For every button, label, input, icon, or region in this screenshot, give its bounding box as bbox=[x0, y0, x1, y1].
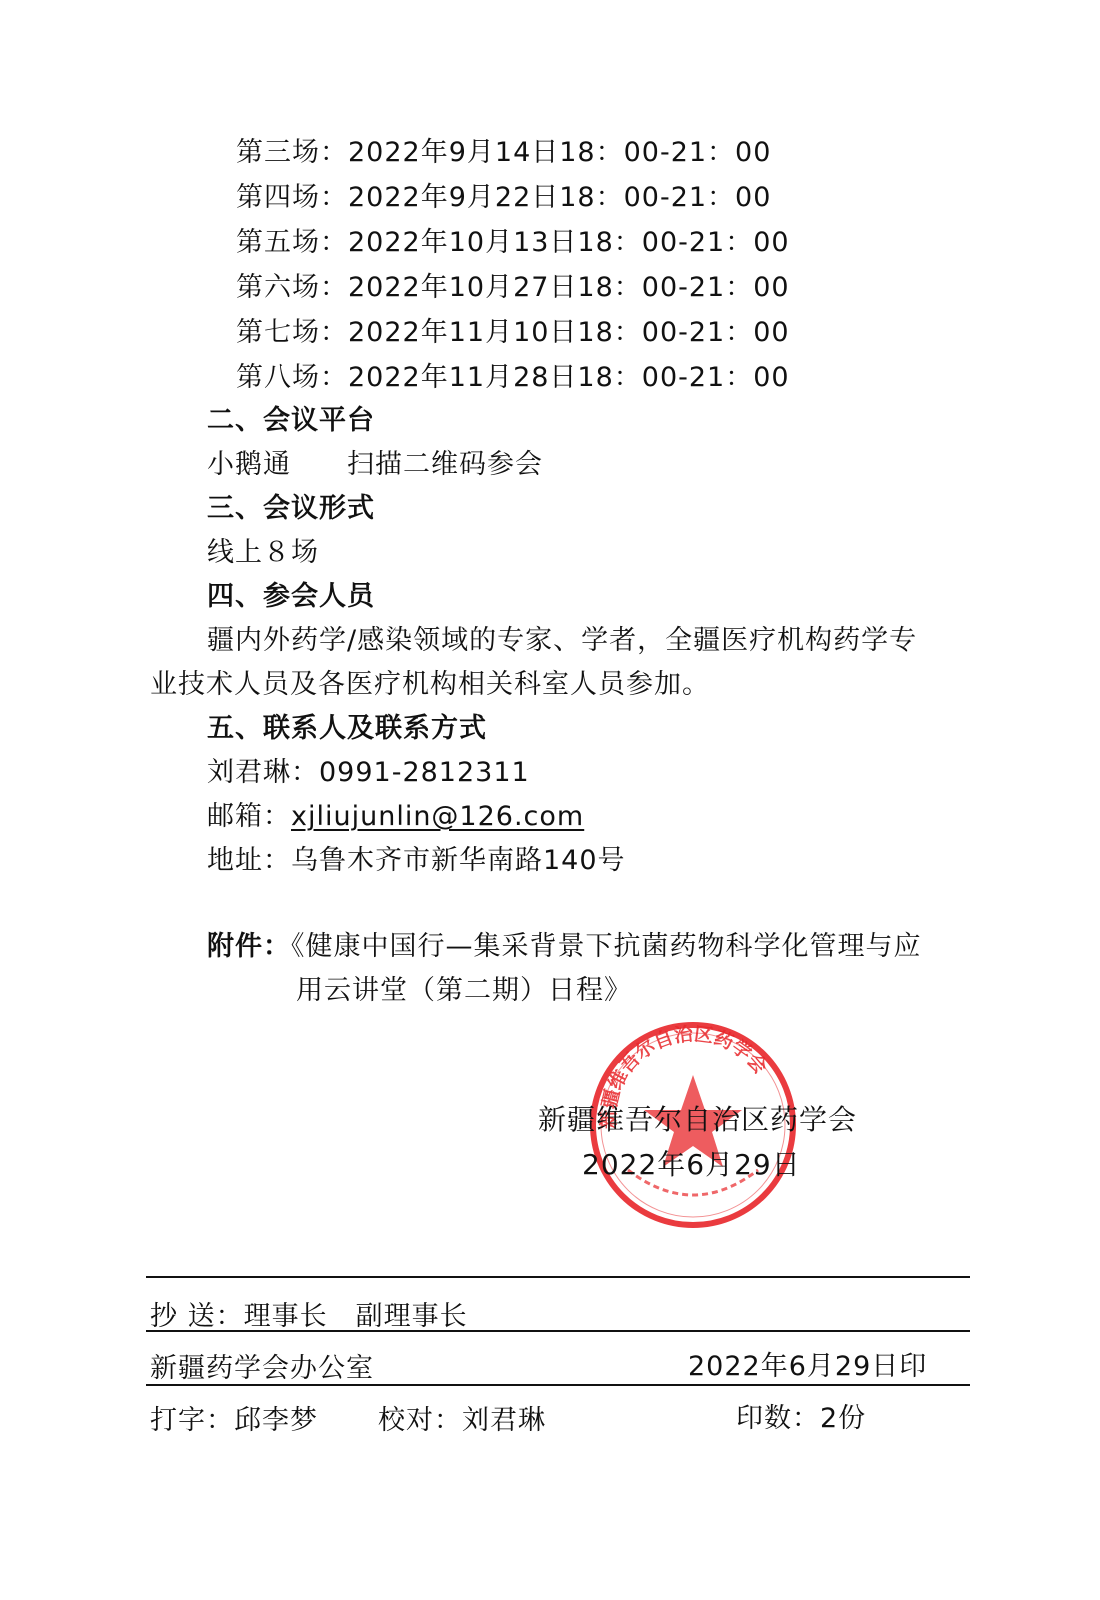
address-value: 乌鲁木齐市新华南路140号 bbox=[291, 845, 626, 876]
section-heading-attendees: 四、参会人员 bbox=[207, 580, 375, 614]
schedule-time: 2022年11月28日18：00-21：00 bbox=[348, 362, 790, 393]
signature-org: 新疆维吾尔自治区药学会 bbox=[538, 1103, 857, 1137]
schedule-time: 2022年10月13日18：00-21：00 bbox=[348, 227, 790, 258]
section-heading-contact: 五、联系人及联系方式 bbox=[207, 712, 487, 746]
footer-divider-2 bbox=[146, 1384, 970, 1386]
schedule-item: 第八场：2022年11月28日18：00-21：00 bbox=[236, 361, 790, 395]
schedule-label: 第八场： bbox=[236, 362, 348, 393]
footer-cc: 抄 送：理事长 副理事长 bbox=[150, 1300, 468, 1334]
section-heading-format: 三、会议形式 bbox=[207, 492, 375, 526]
contact-phone: 0991-2812311 bbox=[319, 757, 530, 788]
contact-email-row: 邮箱：xjliujunlin@126.com bbox=[207, 800, 584, 834]
address-label: 地址： bbox=[207, 845, 291, 876]
schedule-time: 2022年11月10日18：00-21：00 bbox=[348, 317, 790, 348]
schedule-item: 第六场：2022年10月27日18：00-21：00 bbox=[236, 271, 790, 305]
contact-address-row: 地址：乌鲁木齐市新华南路140号 bbox=[207, 844, 626, 878]
schedule-label: 第六场： bbox=[236, 272, 348, 303]
schedule-label: 第七场： bbox=[236, 317, 348, 348]
schedule-item: 第五场：2022年10月13日18：00-21：00 bbox=[236, 226, 790, 260]
attachment-line1: 附件：《健康中国行—集采背景下抗菌药物科学化管理与应 bbox=[207, 930, 922, 964]
schedule-time: 2022年9月14日18：00-21：00 bbox=[348, 137, 771, 168]
schedule-label: 第四场： bbox=[236, 182, 348, 213]
attachment-label: 附件： bbox=[207, 931, 291, 962]
schedule-time: 2022年10月27日18：00-21：00 bbox=[348, 272, 790, 303]
attendees-text-line1: 疆内外药学/感染领域的专家、学者，全疆医疗机构药学专 bbox=[207, 624, 917, 658]
schedule-label: 第三场： bbox=[236, 137, 348, 168]
footer-copies: 印数：2份 bbox=[736, 1402, 866, 1436]
section-heading-platform: 二、会议平台 bbox=[207, 404, 375, 438]
footer-proofreader: 校对：刘君琳 bbox=[378, 1404, 546, 1438]
signature-date: 2022年6月29日 bbox=[582, 1148, 801, 1182]
footer-divider-1 bbox=[146, 1330, 970, 1332]
email-link[interactable]: xjliujunlin@126.com bbox=[291, 801, 584, 832]
schedule-label: 第五场： bbox=[236, 227, 348, 258]
attachment-line2: 用云讲堂（第二期）日程》 bbox=[296, 974, 632, 1008]
contact-person-label: 刘君琳： bbox=[207, 757, 319, 788]
attachment-title-1: 《健康中国行—集采背景下抗菌药物科学化管理与应 bbox=[291, 931, 922, 962]
footer-divider-top bbox=[146, 1276, 970, 1278]
schedule-item: 第三场：2022年9月14日18：00-21：00 bbox=[236, 136, 771, 170]
schedule-item: 第七场：2022年11月10日18：00-21：00 bbox=[236, 316, 790, 350]
attendees-text-line2: 业技术人员及各医疗机构相关科室人员参加。 bbox=[150, 668, 710, 702]
format-text: 线上８场 bbox=[207, 536, 319, 570]
schedule-item: 第四场：2022年9月22日18：00-21：00 bbox=[236, 181, 771, 215]
footer-office: 新疆药学会办公室 bbox=[150, 1352, 374, 1386]
email-label: 邮箱： bbox=[207, 801, 291, 832]
schedule-time: 2022年9月22日18：00-21：00 bbox=[348, 182, 771, 213]
platform-text: 小鹅通 扫描二维码参会 bbox=[207, 448, 543, 482]
footer-print-date: 2022年6月29日印 bbox=[688, 1350, 927, 1384]
contact-phone-row: 刘君琳：0991-2812311 bbox=[207, 756, 530, 790]
footer-typist: 打字：邱李梦 bbox=[150, 1404, 318, 1438]
